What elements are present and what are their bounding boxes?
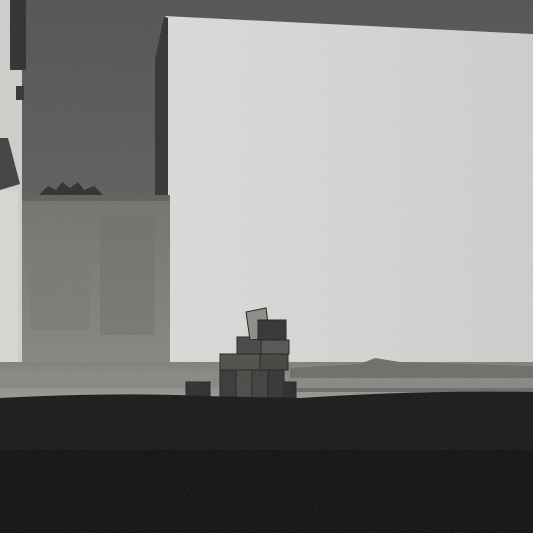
photograph: Black-and-white photograph: a stack of c…: [0, 0, 533, 533]
film-grain: [0, 0, 533, 533]
photo-canvas: [0, 0, 533, 533]
